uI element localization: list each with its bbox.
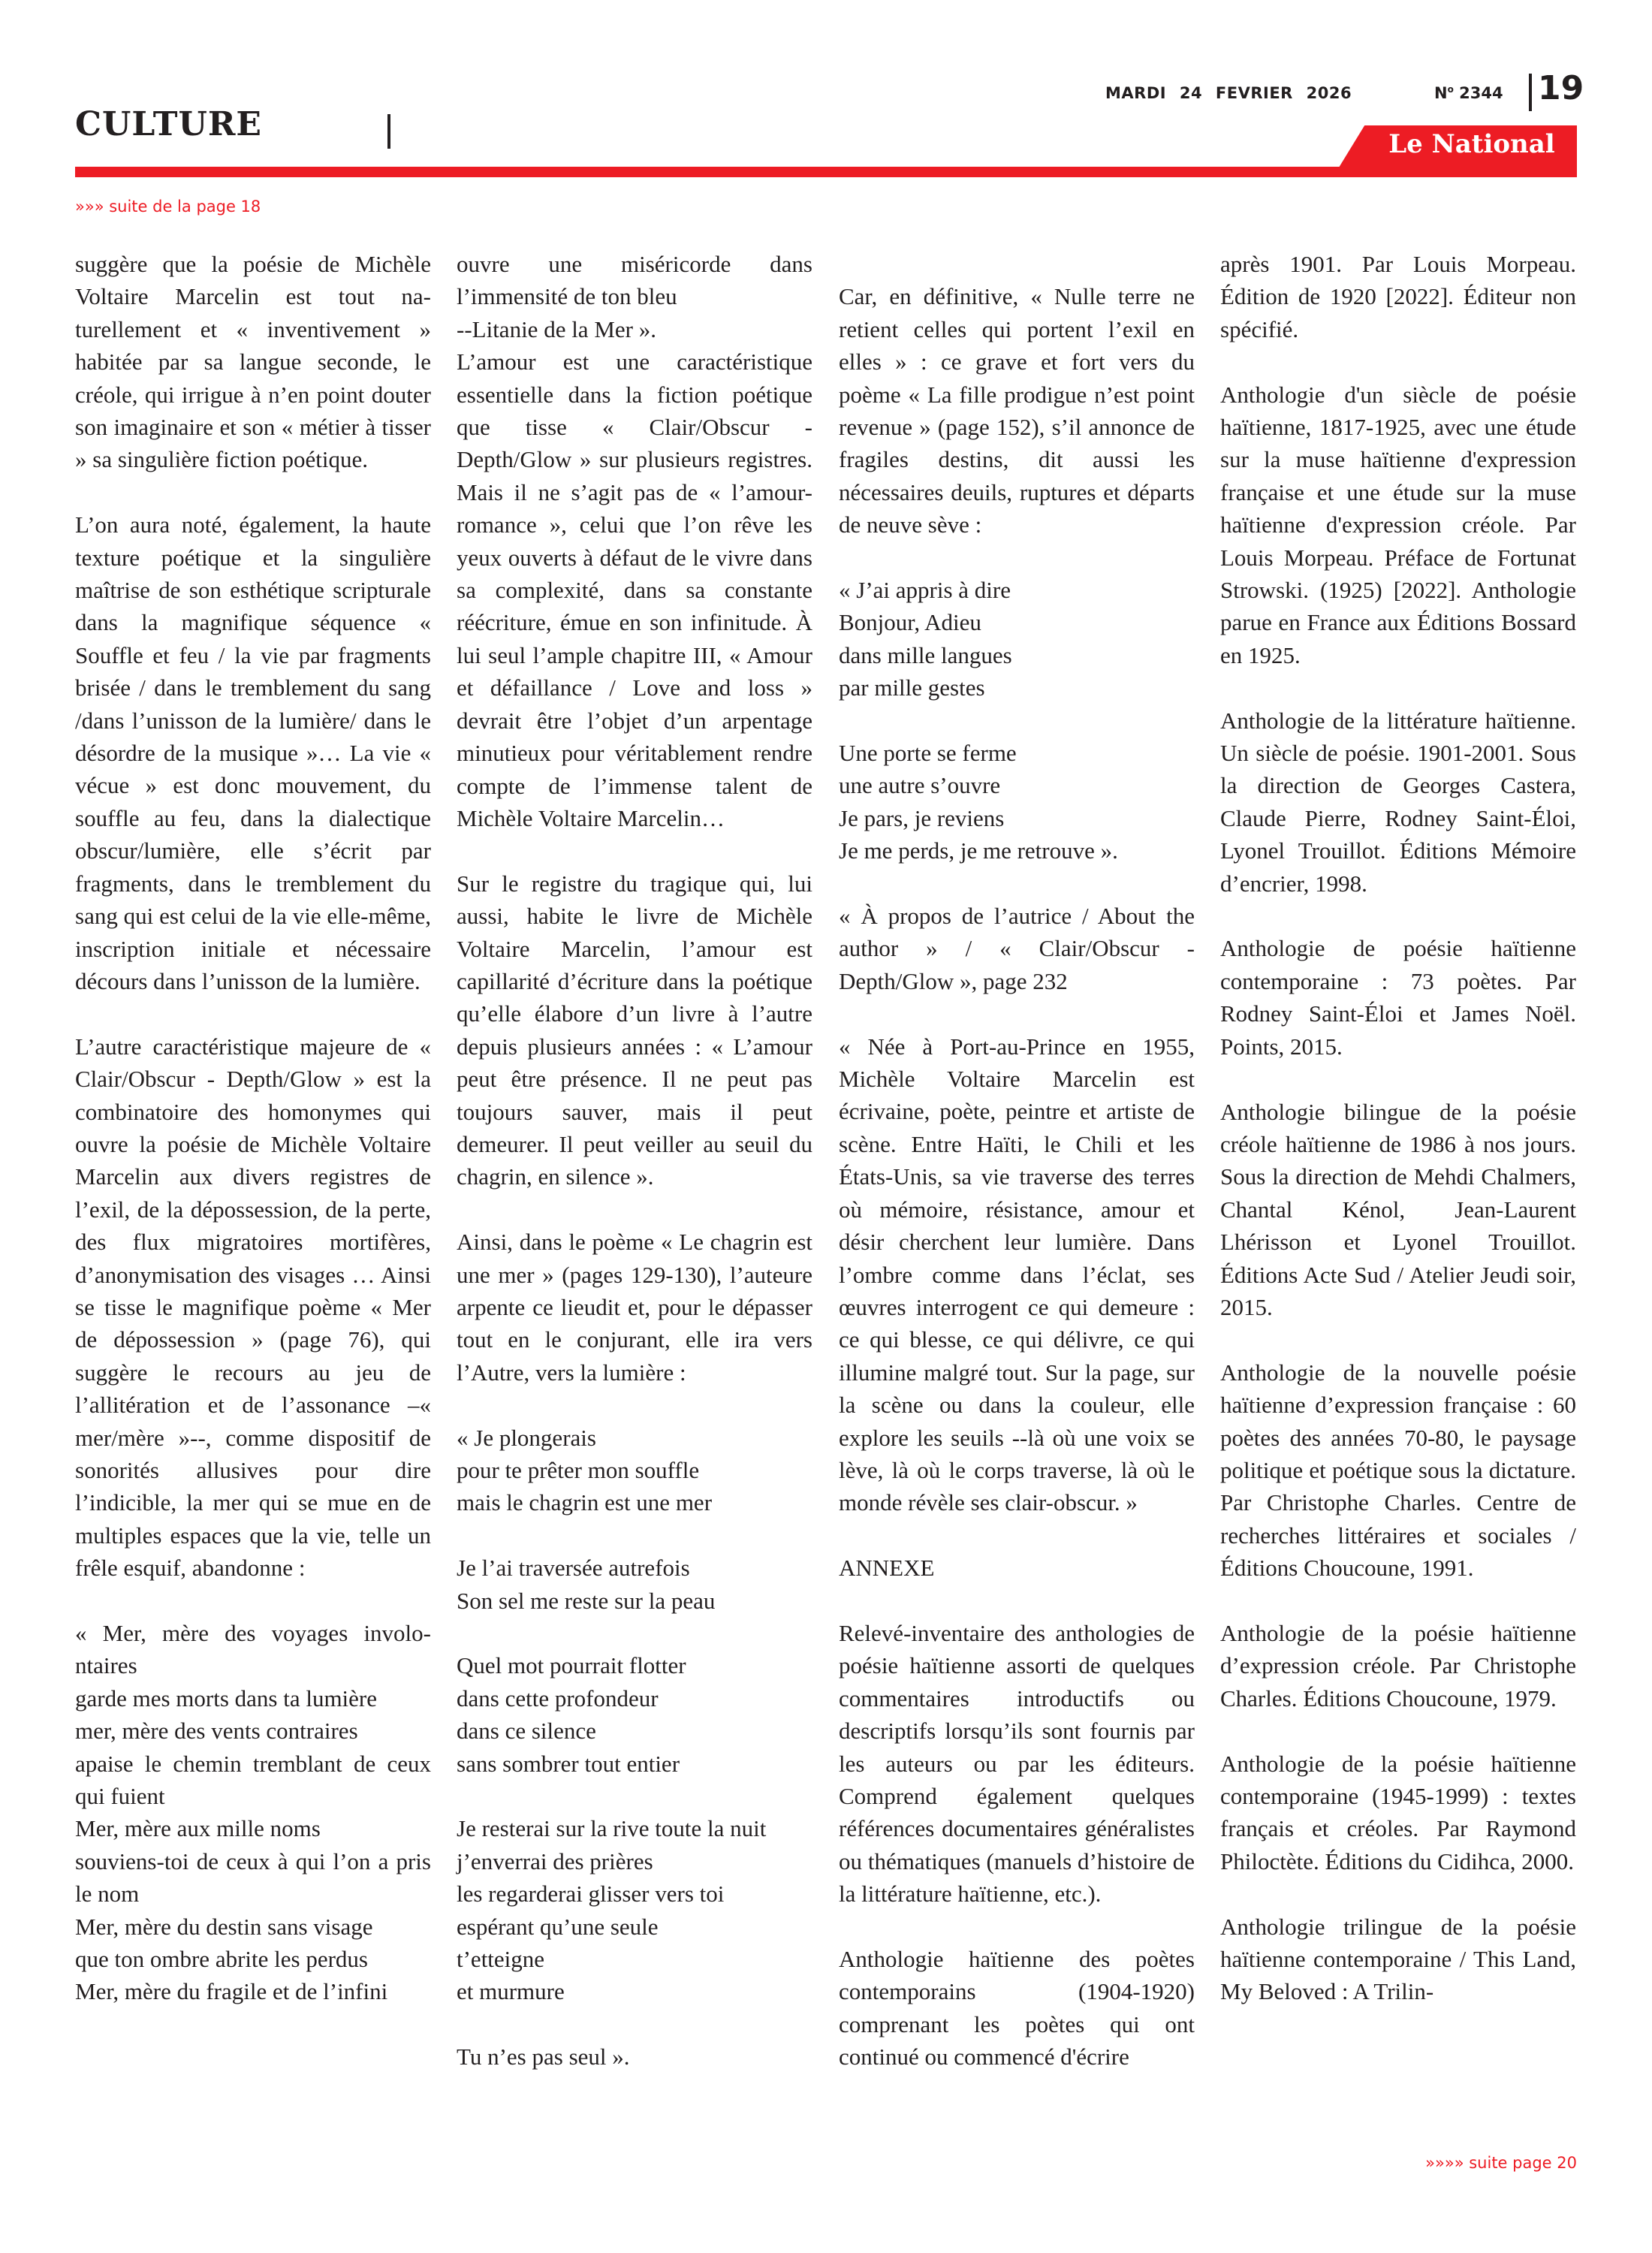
poem-stanza: Je resterai sur la rive toute la nuit j’… bbox=[457, 1812, 812, 2007]
issue-prefix: N bbox=[1434, 84, 1448, 102]
verse-line: Tu n’es pas seul ». bbox=[457, 2040, 812, 2073]
verse-line: une autre s’ouvre bbox=[839, 769, 1195, 801]
verse-line: Je l’ai traversée autrefois bbox=[457, 1552, 812, 1584]
page-number-divider bbox=[1529, 74, 1532, 111]
poem-stanza: Quel mot pourrait flotter dans cette pro… bbox=[457, 1649, 812, 1780]
verse-line: sans sombrer tout entier bbox=[457, 1748, 812, 1780]
verse-line: t’etteigne bbox=[457, 1943, 812, 1975]
paragraph: Anthologie haïtienne des poètes contempo… bbox=[839, 1943, 1195, 2074]
bibliography-entry: Anthologie bilingue de la poésie créole … bbox=[1220, 1096, 1576, 1324]
paragraph: « Née à Port-au-Prince en 1955, Michèle … bbox=[839, 1030, 1195, 1519]
bibliography-entry: Anthologie trilingue de la poésie haïtie… bbox=[1220, 1911, 1576, 2008]
section-title: CULTURE bbox=[75, 105, 262, 143]
verse-line: les regarderai glisser vers toi bbox=[457, 1877, 812, 1910]
paragraph: Sur le registre du tragique qui, lui aus… bbox=[457, 867, 812, 1193]
poem-stanza: Tu n’es pas seul ». bbox=[457, 2040, 812, 2073]
verse-line: j’enverrai des prières bbox=[457, 1845, 812, 1877]
bibliography-entry: Anthologie de la nouvelle poésie haïtien… bbox=[1220, 1356, 1576, 1585]
paragraph: L’on aura noté, également, la haute text… bbox=[75, 508, 431, 997]
continued-to-link[interactable]: »»»» suite page 20 bbox=[1425, 2154, 1577, 2172]
paragraph: Ainsi, dans le poème « Le chagrin est un… bbox=[457, 1226, 812, 1389]
verse-line: dans cette profondeur bbox=[457, 1682, 812, 1715]
verse-line: apaise le chemin tremblant de ceux qui f… bbox=[75, 1748, 431, 1813]
verse-line: mer, mère des vents contraires bbox=[75, 1715, 431, 1747]
article-column-4: après 1901. Par Louis Morpeau. Édition d… bbox=[1220, 248, 1576, 2040]
poem-stanza: Une porte se ferme une autre s’ouvre Je … bbox=[839, 737, 1195, 867]
bibliography-entry: après 1901. Par Louis Morpeau. Édition d… bbox=[1220, 248, 1576, 345]
verse-line: Je resterai sur la rive toute la nuit bbox=[457, 1812, 812, 1844]
verse-line: Je me perds, je me retrouve ». bbox=[839, 834, 1195, 867]
annexe-heading: ANNEXE bbox=[839, 1552, 1195, 1584]
verse-line: --Litanie de la Mer ». bbox=[457, 313, 812, 345]
newspaper-brand: Le National bbox=[1370, 129, 1573, 159]
verse-line: garde mes morts dans ta lumière bbox=[75, 1682, 431, 1715]
verse-line: que ton ombre abrite les perdus bbox=[75, 1943, 431, 1975]
page-number: 19 bbox=[1538, 69, 1584, 107]
verse-line: pour te prêter mon souffle bbox=[457, 1454, 812, 1486]
verse-line: mais le chagrin est une mer bbox=[457, 1486, 812, 1519]
paragraph: Car, en définitive, « Nulle terre ne ret… bbox=[839, 280, 1195, 541]
header-divider bbox=[387, 114, 390, 149]
verse-line: dans mille langues bbox=[839, 639, 1195, 671]
paragraph: L’amour est une caractéristique essentie… bbox=[457, 345, 812, 834]
poem-quote-mer: « Mer, mère des voyages involo­ntaires g… bbox=[75, 1617, 431, 2008]
issue-prefix-sup: o bbox=[1448, 84, 1454, 95]
verse-line: Mer, mère aux mille noms bbox=[75, 1812, 431, 1844]
issue-number-value: 2344 bbox=[1459, 84, 1503, 102]
bibliography-entry: Anthologie d'un siècle de poésie haïtien… bbox=[1220, 379, 1576, 672]
verse-line: Mer, mère du fragile et de l’infini bbox=[75, 1975, 431, 2007]
article-column-3: Car, en définitive, « Nulle terre ne ret… bbox=[839, 248, 1195, 2106]
paragraph: Relevé-inventaire des antholo­gies de po… bbox=[839, 1617, 1195, 1911]
verse-line: Quel mot pourrait flotter bbox=[457, 1649, 812, 1681]
verse-line: « Mer, mère des voyages involo­ntaires bbox=[75, 1617, 431, 1682]
verse-line: souviens-toi de ceux à qui l’on a pris l… bbox=[75, 1845, 431, 1911]
poem-stanza: « J’ai appris à dire Bonjour, Adieu dans… bbox=[839, 574, 1195, 704]
issue-number: No 2344 bbox=[1434, 84, 1503, 102]
verse-line: Bonjour, Adieu bbox=[839, 606, 1195, 638]
article-column-1: suggère que la poésie de Michèle Voltair… bbox=[75, 248, 431, 2040]
bibliography-entry: Anthologie de la poésie haïtienne d’expr… bbox=[1220, 1617, 1576, 1715]
verse-line: Je pars, je reviens bbox=[839, 802, 1195, 834]
verse-line: Mer, mère du destin sans visage bbox=[75, 1911, 431, 1943]
poem-stanza: Je l’ai traversée autrefois Son sel me r… bbox=[457, 1552, 812, 1617]
poem-stanza: « Je plongerais pour te prêter mon souff… bbox=[457, 1422, 812, 1519]
verse-line: et murmure bbox=[457, 1975, 812, 2007]
continued-from-link[interactable]: »»» suite de la page 18 bbox=[75, 198, 261, 216]
paragraph: L’autre caractéristique majeure de « Cla… bbox=[75, 1030, 431, 1585]
bibliography-entry: Anthologie de poésie haïtienne contempor… bbox=[1220, 932, 1576, 1063]
verse-line: ouvre une miséricorde dans l’immensité d… bbox=[457, 248, 812, 313]
issue-date: MARDI 24 FEVRIER 2026 bbox=[1105, 84, 1352, 102]
column-spacer bbox=[839, 248, 1195, 280]
paragraph: « À propos de l’autrice / About the auth… bbox=[839, 900, 1195, 997]
verse-line: « Je plongerais bbox=[457, 1422, 812, 1454]
verse-line: Une porte se ferme bbox=[839, 737, 1195, 769]
bibliography-entry: Anthologie de la littérature haïti­enne.… bbox=[1220, 704, 1576, 900]
verse-line: Son sel me reste sur la peau bbox=[457, 1585, 812, 1617]
verse-line: « J’ai appris à dire bbox=[839, 574, 1195, 606]
paragraph: suggère que la poésie de Michèle Voltair… bbox=[75, 248, 431, 476]
article-column-2: ouvre une miséricorde dans l’immensité d… bbox=[457, 248, 812, 2106]
verse-line: par mille gestes bbox=[839, 671, 1195, 704]
verse-line: dans ce silence bbox=[457, 1715, 812, 1747]
verse-line: espérant qu’une seule bbox=[457, 1911, 812, 1943]
bibliography-entry: Anthologie de la poésie haïtienne contem… bbox=[1220, 1748, 1576, 1878]
